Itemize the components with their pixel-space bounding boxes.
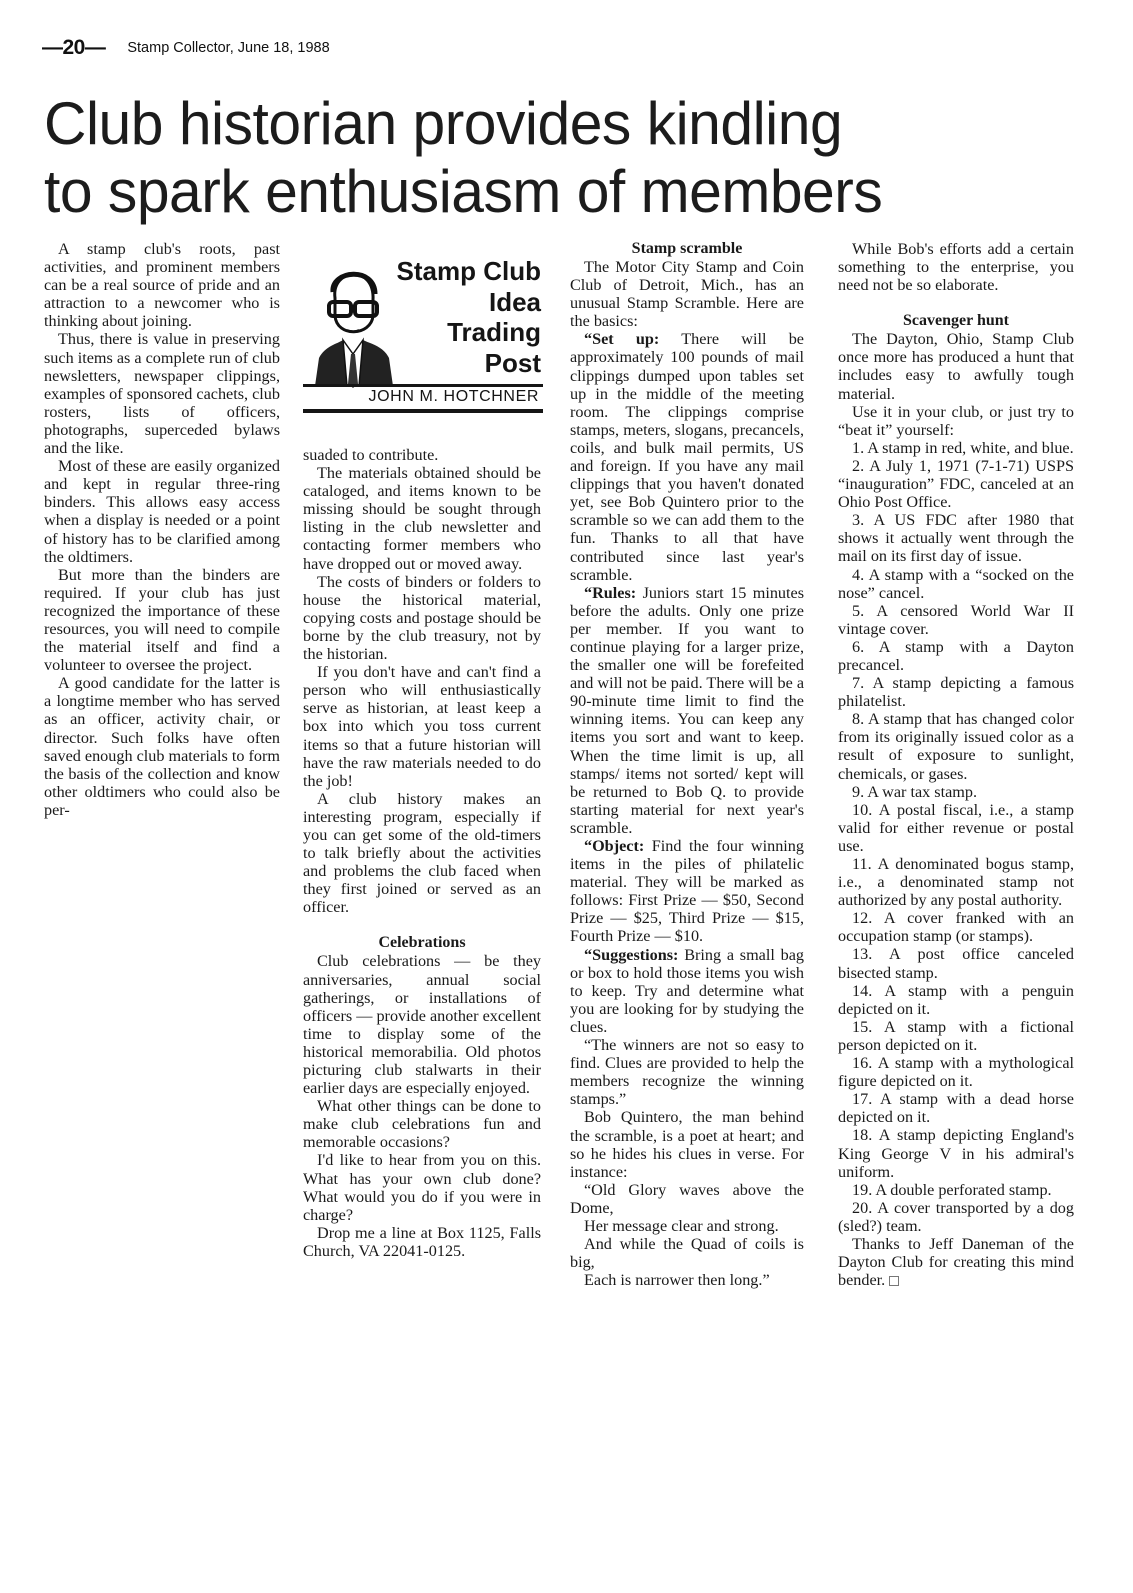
column-title-line: Post (397, 348, 541, 379)
verse-line: “Old Glory waves above the Dome, (570, 1181, 804, 1217)
article-column-1: A stamp club's roots, past activities, a… (44, 240, 280, 819)
divider-rule (303, 409, 543, 413)
paragraph: A good candidate for the latter is a lon… (44, 674, 280, 819)
hunt-item: 2. A July 1, 1971 (7-1-71) USPS “inaugur… (838, 457, 1074, 511)
hunt-item: 12. A cover franked with an occupation s… (838, 909, 1074, 945)
hunt-item: 13. A post office canceled bisected stam… (838, 945, 1074, 981)
page-number: —20— (42, 36, 105, 60)
paragraph: A club history makes an interesting prog… (303, 790, 541, 917)
hunt-item: 1. A stamp in red, white, and blue. (838, 439, 1074, 457)
verse-line: And while the Quad of coils is big, (570, 1235, 804, 1271)
paragraph-suggestions: “Suggestions: Bring a small bag or box t… (570, 946, 804, 1036)
hunt-item: 15. A stamp with a fictional person depi… (838, 1018, 1074, 1054)
paragraph: Drop me a line at Box 1125, Falls Church… (303, 1224, 541, 1260)
article-column-2: suaded to contribute. The materials obta… (303, 446, 541, 1260)
article-column-4: While Bob's efforts add a certain someth… (838, 240, 1074, 1289)
subhead-celebrations: Celebrations (303, 934, 541, 952)
hunt-item: 5. A censored World War II vintage cover… (838, 602, 1074, 638)
author-byline: JOHN M. HOTCHNER (369, 388, 539, 406)
paragraph: But more than the binders are required. … (44, 566, 280, 675)
column-logo: Stamp Club Idea Trading Post JOHN M. HOT… (303, 250, 543, 410)
hunt-item: 14. A stamp with a penguin depicted on i… (838, 982, 1074, 1018)
subhead-scavenger-hunt: Scavenger hunt (838, 312, 1074, 330)
paragraph: Use it in your club, or just try to “bea… (838, 403, 1074, 439)
end-mark-icon (889, 1276, 899, 1286)
paragraph: Thus, there is value in preserving such … (44, 330, 280, 457)
paragraph: What other things can be done to make cl… (303, 1097, 541, 1151)
hunt-item: 7. A stamp depicting a famous philatelis… (838, 674, 1074, 710)
paragraph: Most of these are easily organized and k… (44, 457, 280, 566)
hunt-item: 4. A stamp with a “socked on the nose” c… (838, 566, 1074, 602)
rules-text: Juniors start 15 minutes before the adul… (570, 584, 804, 837)
column-title-line: Trading (397, 317, 541, 348)
paragraph-rules: “Rules: Juniors start 15 minutes before … (570, 584, 804, 837)
subhead-stamp-scramble: Stamp scramble (570, 240, 804, 258)
column-title-line: Stamp Club (397, 256, 541, 287)
closing-paragraph: Thanks to Jeff Daneman of the Dayton Clu… (838, 1235, 1074, 1289)
suggestions-label: “Suggestions: (584, 946, 678, 964)
hunt-item: 11. A denominated bogus stamp, i.e., a d… (838, 855, 1074, 909)
paragraph: The Motor City Stamp and Coin Club of De… (570, 258, 804, 330)
publication-dateline: Stamp Collector, June 18, 1988 (127, 40, 329, 56)
paragraph: The Dayton, Ohio, Stamp Club once more h… (838, 330, 1074, 402)
hunt-item: 9. A war tax stamp. (838, 783, 1074, 801)
object-label: “Object: (584, 837, 644, 855)
hunt-item: 10. A postal fiscal, i.e., a stamp valid… (838, 801, 1074, 855)
article-headline: Club historian provides kindling to spar… (44, 90, 1044, 226)
paragraph-continuation: suaded to contribute. (303, 446, 541, 464)
paragraph-setup: “Set up: There will be approximately 100… (570, 330, 804, 583)
hunt-item: 18. A stamp depicting England's King Geo… (838, 1126, 1074, 1180)
paragraph: Bob Quintero, the man behind the scrambl… (570, 1108, 804, 1180)
verse-line: Each is narrower then long.” (570, 1271, 804, 1289)
headline-line-1: Club historian provides kindling (44, 90, 842, 157)
paragraph: I'd like to hear from you on this. What … (303, 1151, 541, 1223)
hunt-item: 17. A stamp with a dead horse depicted o… (838, 1090, 1074, 1126)
hunt-item: 20. A cover transported by a dog (sled?)… (838, 1199, 1074, 1235)
headline-line-2: to spark enthusiasm of members (44, 158, 882, 225)
paragraph: While Bob's efforts add a certain someth… (838, 240, 1074, 294)
paragraph: A stamp club's roots, past activities, a… (44, 240, 280, 330)
paragraph: If you don't have and can't find a perso… (303, 663, 541, 790)
divider-rule (303, 384, 543, 387)
setup-text: There will be approximately 100 pounds o… (570, 330, 804, 583)
hunt-item: 3. A US FDC after 1980 that shows it act… (838, 511, 1074, 565)
rules-label: “Rules: (584, 584, 636, 602)
article-column-3: Stamp scramble The Motor City Stamp and … (570, 240, 804, 1289)
paragraph: The materials obtained should be catalog… (303, 464, 541, 573)
column-title: Stamp Club Idea Trading Post (397, 256, 541, 378)
setup-label: “Set up: (584, 330, 659, 348)
hunt-item: 6. A stamp with a Dayton precancel. (838, 638, 1074, 674)
verse-line: Her message clear and strong. (570, 1217, 804, 1235)
paragraph-object: “Object: Find the four winning items in … (570, 837, 804, 946)
hunt-item: 19. A double perforated stamp. (838, 1181, 1074, 1199)
paragraph: The costs of binders or folders to house… (303, 573, 541, 663)
closing-text: Thanks to Jeff Daneman of the Dayton Clu… (838, 1235, 1074, 1289)
column-title-line: Idea (397, 287, 541, 318)
hunt-item: 8. A stamp that has changed color from i… (838, 710, 1074, 782)
paragraph: “The winners are not so easy to find. Cl… (570, 1036, 804, 1108)
paragraph: Club celebrations — be they anniversarie… (303, 952, 541, 1097)
hunt-item: 16. A stamp with a mythological figure d… (838, 1054, 1074, 1090)
page-folio: —20— Stamp Collector, June 18, 1988 (42, 36, 330, 60)
author-portrait-icon (313, 258, 393, 388)
